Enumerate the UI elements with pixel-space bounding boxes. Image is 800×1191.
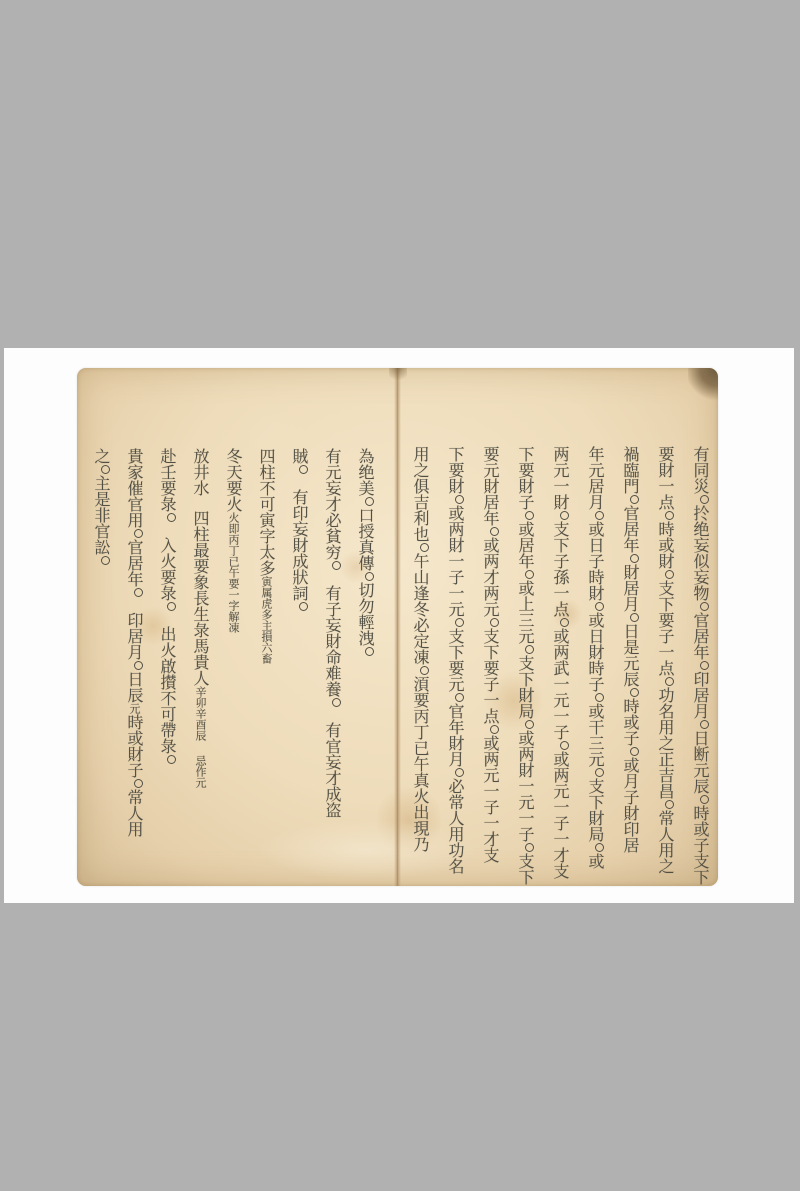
text-column: 為绝美口授真傳切勿輕洩 (350, 448, 380, 888)
phrase-gap (332, 571, 333, 585)
circle-punctuation (299, 465, 308, 474)
scanned-manuscript-screenshot: { "background": { "canvas_color": "#b1b1… (0, 0, 800, 1191)
circle-punctuation (365, 572, 374, 581)
circle-punctuation (167, 602, 176, 611)
column-text: 放井水四柱最要象長生彔馬貴人 (191, 448, 210, 686)
circle-punctuation (332, 561, 341, 570)
annotation-small-text: 元 (128, 703, 141, 714)
phrase-gap (299, 475, 300, 489)
column-text: 時或財子常人用 (125, 714, 144, 837)
circle-punctuation (167, 755, 176, 764)
circle-punctuation (101, 556, 110, 565)
column-text: 為绝美口授真傳切勿輕洩 (356, 448, 375, 657)
circle-punctuation (365, 497, 374, 506)
phrase-gap (200, 496, 201, 510)
circle-punctuation (299, 602, 308, 611)
circle-punctuation (167, 513, 176, 522)
phrase-gap (167, 523, 168, 537)
column-text: 冬天要火 (224, 448, 243, 512)
text-column: 賊有印妄財成狀詞 (284, 448, 314, 888)
manuscript-paper: 有同災扵绝妄似妄物官居年印居月日断元辰時或子支下要財一点時或財支下要子一点功名用… (77, 368, 718, 886)
text-column: 赴壬要彔入火要彔出火啟攅不可帶彔 (152, 448, 182, 888)
annotation-small-text: 寅属虎多主損六畜 (260, 576, 273, 664)
phrase-gap (134, 598, 135, 612)
column-text: 四柱不可寅字太多 (257, 448, 276, 576)
circle-punctuation (101, 465, 110, 474)
text-column: 冬天要火火即丙丁已午要一字解凍 (218, 448, 248, 888)
annotation-small-text: 辛卯辛酉辰忌作元 (194, 686, 207, 788)
text-column: 四柱不可寅字太多寅属虎多主損六畜 (251, 448, 281, 888)
text-column: 放井水四柱最要象長生彔馬貴人辛卯辛酉辰忌作元 (185, 448, 215, 888)
circle-punctuation (365, 647, 374, 656)
column-text: 赴壬要彔入火要彔出火啟攅不可帶彔 (158, 448, 177, 765)
phrase-gap (200, 741, 201, 755)
text-column: 貴家催官用官居年印居月日辰元時或財子常人用 (119, 448, 149, 888)
phrase-gap (332, 708, 333, 722)
circle-punctuation (134, 588, 143, 597)
circle-punctuation (134, 529, 143, 538)
circle-punctuation (134, 779, 143, 788)
manuscript-page-left: 為绝美口授真傳切勿輕洩有元妄才必貧穷有子妄財命难養有官妄才成盗賊有印妄財成狀詞四… (77, 368, 718, 886)
annotation-small-text: 火即丙丁已午要一字解凍 (227, 512, 240, 633)
scan-sheet: 有同災扵绝妄似妄物官居年印居月日断元辰時或子支下要財一点時或財支下要子一点功名用… (4, 348, 794, 903)
text-column: 之主是非官訟 (86, 448, 116, 888)
circle-punctuation (332, 698, 341, 707)
phrase-gap (167, 612, 168, 626)
column-text: 貴家催官用官居年印居月日辰 (125, 448, 144, 703)
column-text: 之主是非官訟 (92, 448, 111, 566)
column-text: 有元妄才必貧穷有子妄財命难養有官妄才成盗 (323, 448, 342, 818)
text-column: 有元妄才必貧穷有子妄財命难養有官妄才成盗 (317, 448, 347, 888)
circle-punctuation (134, 661, 143, 670)
column-text: 賊有印妄財成狀詞 (290, 448, 309, 612)
